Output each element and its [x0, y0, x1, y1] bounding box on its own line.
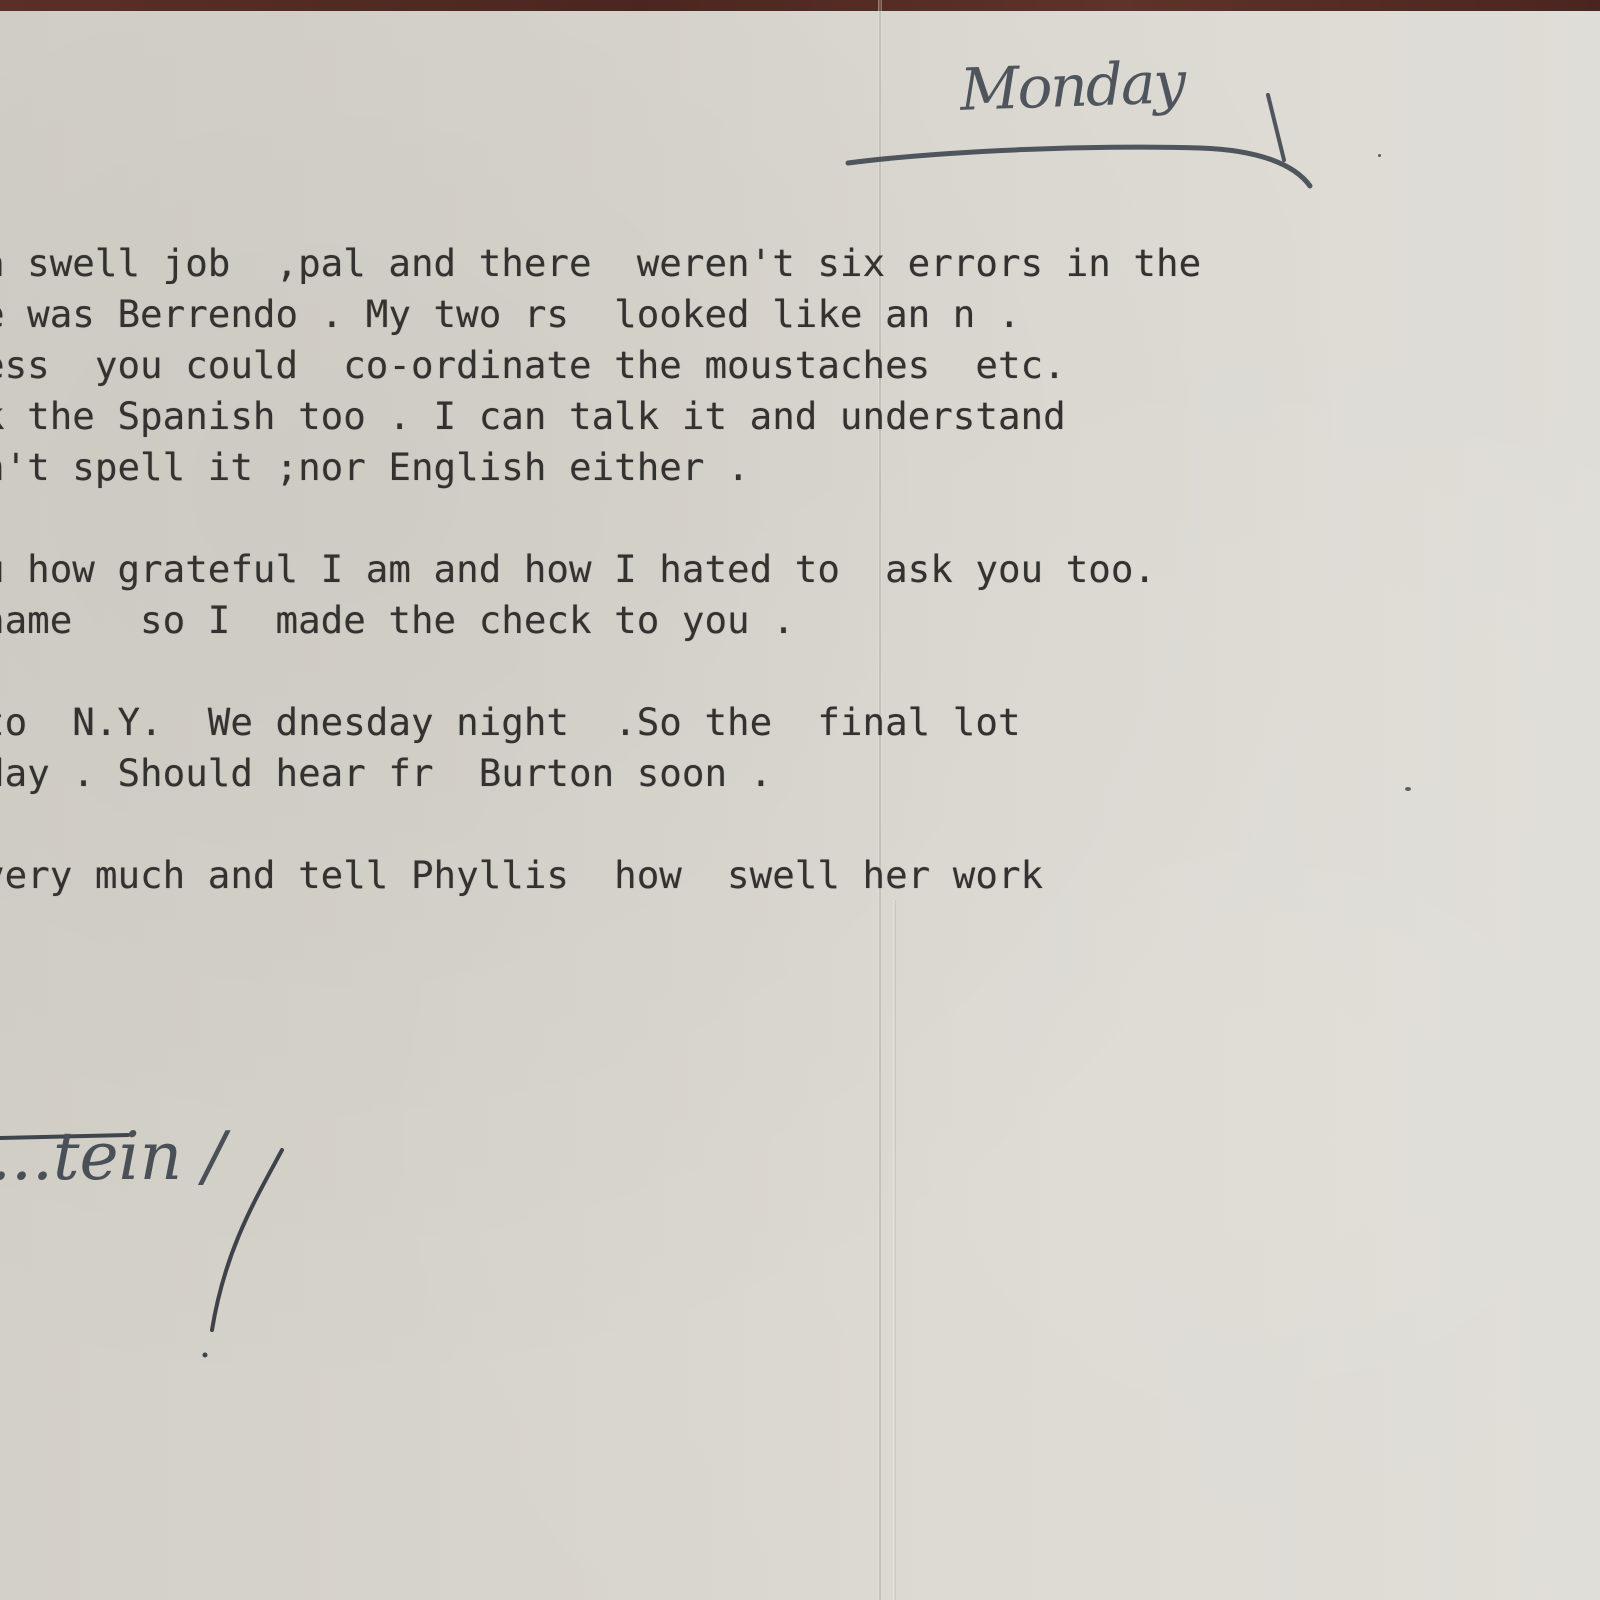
typed-line: to N.Y. We dnesday night .So the final l…	[0, 697, 1582, 748]
paragraph-gap	[0, 799, 1582, 850]
paragraph-2: u how grateful I am and how I hated to a…	[0, 544, 1582, 646]
date-underline-stroke	[848, 147, 1310, 186]
typed-line: k the Spanish too . I can talk it and un…	[0, 391, 1582, 442]
paragraph-4: very much and tell Phyllis how swell her…	[0, 850, 1582, 901]
typed-line: u how grateful I am and how I hated to a…	[0, 544, 1582, 595]
paragraph-gap	[0, 646, 1582, 697]
letter-body: a swell job ,pal and there weren't six e…	[0, 238, 1582, 901]
typed-line: a swell job ,pal and there weren't six e…	[0, 238, 1582, 289]
typed-line: e was Berrendo . My two rs looked like a…	[0, 289, 1582, 340]
date-descender-stroke	[1268, 95, 1284, 160]
typed-line: day . Should hear fr Burton soon .	[0, 748, 1582, 799]
typed-line: name so I made the check to you .	[0, 595, 1582, 646]
paragraph-gap	[0, 493, 1582, 544]
paragraph-3: to N.Y. We dnesday night .So the final l…	[0, 697, 1582, 799]
pencil-dot	[203, 1353, 208, 1358]
typed-line: ess you could co-ordinate the moustaches…	[0, 340, 1582, 391]
letter-photo: Monday a swell job ,pal and there weren'…	[0, 0, 1600, 1600]
paragraph-1: a swell job ,pal and there weren't six e…	[0, 238, 1582, 493]
typed-line: n't spell it ;nor English either .	[0, 442, 1582, 493]
typed-line: very much and tell Phyllis how swell her…	[0, 850, 1582, 901]
handwritten-signature: ...tein /	[0, 1118, 225, 1195]
